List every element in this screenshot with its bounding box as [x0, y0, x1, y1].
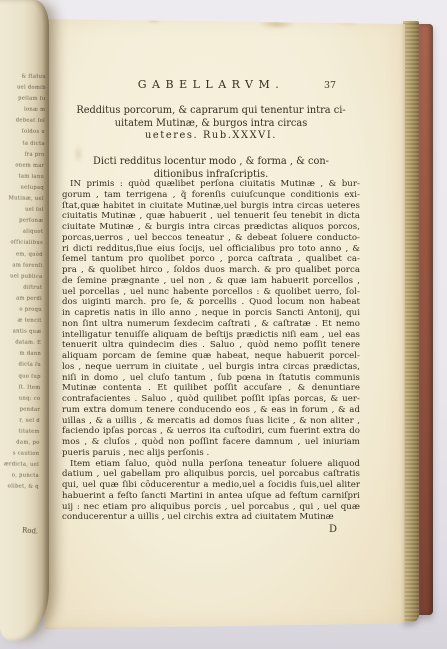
body-line: datium , uel gabellam pro aliquibus porc… [62, 469, 360, 480]
edge-fragment: r, uel d [0, 415, 40, 427]
heading-line: ueteres. Rub.XXXVI. [62, 130, 360, 143]
body-line: gorum , tam terrigena , q̃ forenſis cuiu… [62, 190, 360, 201]
edge-fragment: dicta ſu [0, 360, 41, 372]
body-line: non ſint ultra numerum ſexdecim caſtrati… [62, 319, 360, 330]
chapter-heading: Redditus porcorum, & caprarum qui tenent… [62, 105, 360, 143]
body-line: pra , & quolibet hirco , ſoldos duos mar… [62, 265, 360, 276]
edge-fragment: pendar [0, 404, 40, 416]
edge-fragment: aliquot [0, 226, 43, 238]
edge-fragment: onem mar [0, 160, 44, 172]
edge-fragment: ueſupaq [0, 182, 44, 194]
body-line: intelligatur tenuiſſe aliquam de beſtijs… [62, 330, 360, 341]
edge-fragment: perſonæ [0, 215, 43, 227]
edge-fragment: o proqu [0, 304, 42, 316]
edge-fragment: olibet, & q [0, 482, 39, 494]
edge-fragment: o, puncta [0, 471, 39, 483]
heading-line: uitatem Mutinæ, & burgos intra circas [62, 118, 360, 131]
edge-fragment: lonæ m [0, 104, 45, 116]
body-paragraph: Item etiam ſaluo, quòd nulla perſona ten… [62, 459, 360, 524]
edge-fragment: titatem [0, 426, 40, 438]
body-line: qui, uel quæ ſibi cōducerentur a medio,u… [62, 480, 360, 491]
heading-line: Redditus porcorum, & caprarum qui tenent… [62, 105, 360, 118]
body-line: porcas,uerros , uel beccos teneatur , & … [62, 233, 360, 244]
verso-text-fragments: & ſtatuuuel domibpellam ſulonæ mdebeat ſ… [0, 71, 46, 493]
body-line: ſtat,quæ habitet in ciuitate Mutinæ,uel … [62, 201, 360, 212]
body-line: rum extra domum tenere conducendo eos , … [62, 405, 360, 416]
page-number: 37 [324, 80, 344, 91]
edge-fragment: ærdicta, uel [0, 459, 39, 471]
edge-fragment: s caution [0, 448, 39, 460]
edge-fragment: & ſtatuu [0, 71, 46, 83]
body-line: dos uiginti march. pro ſe, & porcellis .… [62, 297, 360, 308]
edge-fragment: officialibus [0, 238, 43, 250]
running-head: GABELLARVM. [62, 78, 360, 91]
edge-fragment: Mutinæ, uel [0, 193, 44, 205]
edge-fragment: tam lanu [0, 171, 44, 183]
edge-fragment: uel ſol [0, 204, 44, 216]
edge-fragment: debeat ſol [0, 116, 45, 128]
body-line: uel porcellas , uel nunc habente porcell… [62, 287, 360, 298]
recto-page: GABELLARVM. 37 Redditus porcorum, & capr… [44, 17, 405, 629]
body-line: contrafacientes . Saluo , quòd quilibet … [62, 394, 360, 405]
book-cover-edge [417, 24, 433, 615]
catchword: Rod. [22, 526, 39, 535]
body-line: Item etiam ſaluo, quòd nulla perſona ten… [62, 459, 360, 470]
body-line: IN primis : quòd quælibet perſona ciuita… [62, 179, 360, 190]
edge-fragment: em, quòd [0, 249, 43, 261]
body-line: uillas , & a uillis , & mercatis ad domo… [62, 416, 360, 427]
paper-stain [258, 18, 296, 29]
fore-edge [403, 21, 419, 622]
subheading-line: Dicti redditus locentur modo , & forma ,… [62, 156, 360, 169]
verso-page-edge: & ſtatuuuel domibpellam ſulonæ mdebeat ſ… [0, 0, 49, 641]
edge-fragment: am forenſi [0, 260, 43, 272]
edge-fragment: ſt. Item [0, 382, 41, 394]
edge-fragment: datam. E [0, 337, 41, 349]
body-line: tenuerit ultra quindecim dies . Saluo , … [62, 340, 360, 351]
body-line: aliquam porcam de ſemine quæ habeat, neq… [62, 351, 360, 362]
body-paragraph: IN primis : quòd quælibet perſona ciuita… [62, 179, 360, 459]
body-line: in capretis natis in illo anno , neque i… [62, 308, 360, 319]
body-line: de ſemine prægnante , uel non , & quæ ia… [62, 276, 360, 287]
body-line: ri dicti redditus,ſiue eius ſocijs, uel … [62, 244, 360, 255]
edge-fragment: ſra pro [0, 149, 45, 161]
edge-fragment: dam, po [0, 437, 40, 449]
body-line: ciuitate Mutinæ , & burgis intra circas … [62, 222, 360, 233]
book-photograph: { "colors":{ "backdrop":"#eae8ec","paper… [0, 0, 447, 649]
body-line: los , neque uerrum in ciuitate , uel bur… [62, 362, 360, 373]
edge-fragment: æ tencit [0, 315, 42, 327]
edge-fragment: unq; co [0, 393, 40, 405]
paper-stain [147, 16, 161, 23]
signature-mark: D [326, 524, 340, 535]
body-line: niſi in domo , uel cluſo tantum , ſub pœ… [62, 373, 360, 384]
body-line: pueris paruis , nec alijs perſonis . [62, 448, 360, 459]
body-line: Mutinæ contenta . Et quilibet poſſit acc… [62, 383, 360, 394]
body-line: mos , & cluſos , quòd non poſſint facere… [62, 437, 360, 448]
edge-fragment: am perdi [0, 293, 42, 305]
edge-fragment: ta dicta [0, 138, 45, 150]
body-line: ciuitatis Mutinæ , quæ habuerit , uel te… [62, 211, 360, 222]
edge-fragment: antis quæ [0, 326, 42, 338]
edge-fragment: m dann [0, 348, 41, 360]
edge-fragment: uel domib [0, 82, 46, 94]
body-line: ſemel tantum pro quolibet porco , porca … [62, 254, 360, 265]
section-subheading: Dicti redditus locentur modo , & forma ,… [62, 156, 360, 181]
edge-fragment: pellam ſu [0, 93, 46, 105]
body-line: habuerint a feſto ſancti Martini in ante… [62, 491, 360, 502]
edge-fragment: ſoldos u [0, 127, 45, 139]
body-line: faciendo ipſas porcas , & uerros ita cuſ… [62, 426, 360, 437]
body-text: IN primis : quòd quælibet perſona ciuita… [62, 179, 360, 523]
paper-stain [332, 15, 364, 25]
edge-fragment: quo ſup [0, 371, 41, 383]
edge-fragment: diſtrut [0, 282, 42, 294]
body-line: uij : nec etiam pro aliquibus porcis , u… [62, 502, 360, 513]
edge-fragment: uel publica [0, 271, 43, 283]
body-line: conducerentur a uillis , uel circhis ext… [62, 512, 360, 523]
